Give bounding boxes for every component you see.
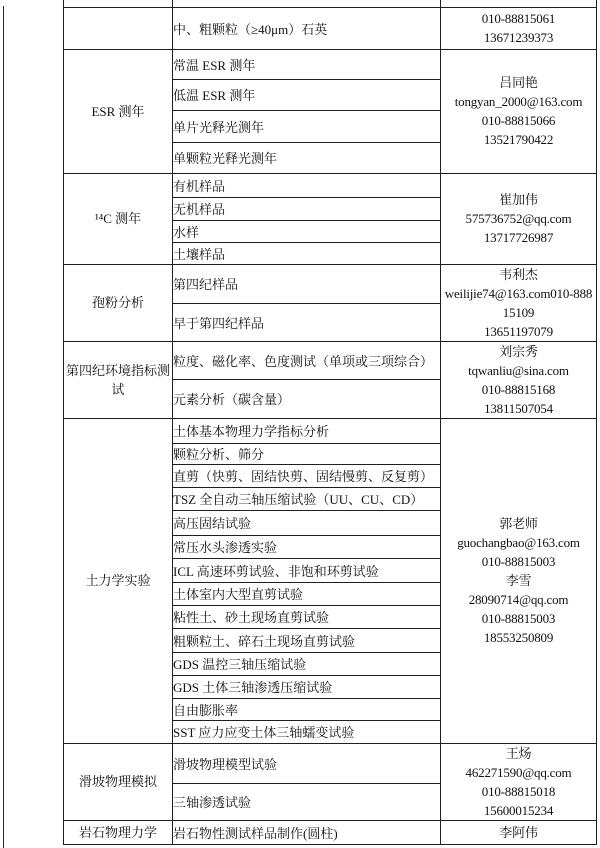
item-cell: 高压固结试验 bbox=[173, 510, 441, 535]
contact-cell: 李阿伟 bbox=[441, 820, 597, 844]
item-cell: 常温 ESR 测年 bbox=[173, 49, 441, 79]
contact-name: 郭老师 bbox=[441, 514, 596, 533]
item-cell: 中、粗颗粒（≥40μm）石英 bbox=[173, 7, 441, 49]
contact-name: 李阿伟 bbox=[441, 823, 596, 842]
item-cell-stub bbox=[173, 0, 441, 7]
contact-phone: 010-88815061 bbox=[441, 9, 596, 28]
contact-name: 崔加伟 bbox=[441, 190, 596, 209]
contact-phone: 010-88815018 bbox=[441, 782, 596, 801]
category-cell: 孢粉分析 bbox=[64, 264, 173, 341]
category-cell: 第四纪环境指标测试 bbox=[64, 341, 173, 418]
contact-phone: 13521790422 bbox=[441, 130, 596, 149]
contact-name: 韦利杰 bbox=[441, 265, 596, 284]
contact-email: 28090714@qq.com bbox=[441, 590, 596, 609]
contact-phone: 18553250809 bbox=[441, 628, 596, 647]
item-cell: 粘性土、砂土现场直剪试验 bbox=[173, 605, 441, 628]
item-cell: 元素分析（碳含量） bbox=[173, 379, 441, 418]
category-cell: 滑坡物理模拟 bbox=[64, 743, 173, 820]
category-cell: 岩石物理力学 bbox=[64, 820, 173, 844]
table-row: 中、粗颗粒（≥40μm）石英 010-88815061 13671239373 bbox=[64, 7, 597, 49]
contact-name: 李雪 bbox=[441, 571, 596, 590]
contact-cell-stub bbox=[441, 0, 597, 7]
category-cell: ESR 测年 bbox=[64, 49, 173, 173]
item-cell: 三轴渗透试验 bbox=[173, 784, 441, 820]
contact-phone: 15109 bbox=[441, 303, 596, 322]
category-cell: 土力学实验 bbox=[64, 418, 173, 743]
contact-email: weilijie74@163.com010-888 bbox=[441, 284, 596, 303]
table-row: 土力学实验 土体基本物理力学指标分析 郭老师 guochangbao@163.c… bbox=[64, 418, 597, 443]
item-cell: 土体室内大型直剪试验 bbox=[173, 582, 441, 605]
item-cell: GDS 土体三轴渗透压缩试验 bbox=[173, 675, 441, 698]
item-cell: SST 应力应变土体三轴蠕变试验 bbox=[173, 720, 441, 743]
table-row: 第四纪环境指标测试 粒度、磁化率、色度测试（单项或三项综合） 刘宗秀 tqwan… bbox=[64, 341, 597, 379]
item-cell: TSZ 全自动三轴压缩试验（UU、CU、CD） bbox=[173, 487, 441, 510]
contact-phone: 13671239373 bbox=[441, 28, 596, 47]
item-cell: ICL 高速环剪试验、非饱和环剪试验 bbox=[173, 558, 441, 582]
services-table: 中、粗颗粒（≥40μm）石英 010-88815061 13671239373 … bbox=[63, 0, 597, 845]
table-row: 孢粉分析 第四纪样品 韦利杰 weilijie74@163.com010-888… bbox=[64, 264, 597, 303]
contact-cell: 郭老师 guochangbao@163.com 010-88815003 李雪 … bbox=[441, 418, 597, 743]
contact-email: 575736752@qq.com bbox=[441, 209, 596, 228]
item-cell: 粗颗粒土、碎石土现场直剪试验 bbox=[173, 628, 441, 652]
contact-name: 王炀 bbox=[441, 744, 596, 763]
item-cell: 颗粒分析、筛分 bbox=[173, 443, 441, 464]
table-row: 滑坡物理模拟 滑坡物理模型试验 王炀 462271590@qq.com 010-… bbox=[64, 743, 597, 784]
table-row: ESR 测年 常温 ESR 测年 吕同艳 tongyan_2000@163.co… bbox=[64, 49, 597, 79]
item-cell: 直剪（快剪、固结快剪、固结慢剪、反复剪） bbox=[173, 464, 441, 487]
contact-email: tqwanliu@sina.com bbox=[441, 361, 596, 380]
page-left-border bbox=[3, 6, 4, 848]
table-row: 岩石物理力学 岩石物性测试样品制作(圆柱) 李阿伟 bbox=[64, 820, 597, 844]
document-page: { "page": { "language": "zh-CN", "kind":… bbox=[0, 0, 600, 848]
item-cell: 低温 ESR 测年 bbox=[173, 79, 441, 110]
contact-email: 462271590@qq.com bbox=[441, 763, 596, 782]
category-cell: ¹⁴C 测年 bbox=[64, 173, 173, 264]
contact-cell: 王炀 462271590@qq.com 010-88815018 1560001… bbox=[441, 743, 597, 820]
contact-name: 刘宗秀 bbox=[441, 342, 596, 361]
item-cell: 自由膨胀率 bbox=[173, 698, 441, 720]
contact-phone: 15600015234 bbox=[441, 801, 596, 820]
contact-email: tongyan_2000@163.com bbox=[441, 92, 596, 111]
item-cell: 常压水头渗透实验 bbox=[173, 535, 441, 558]
item-cell: 土壤样品 bbox=[173, 242, 441, 264]
category-cell-stub bbox=[64, 0, 173, 7]
item-cell: 第四纪样品 bbox=[173, 264, 441, 303]
contact-cell: 崔加伟 575736752@qq.com 13717726987 bbox=[441, 173, 597, 264]
item-cell: 单颗粒光释光测年 bbox=[173, 142, 441, 173]
item-cell: 岩石物性测试样品制作(圆柱) bbox=[173, 820, 441, 844]
contact-phone: 010-88815168 bbox=[441, 380, 596, 399]
category-cell bbox=[64, 7, 173, 49]
item-cell: 有机样品 bbox=[173, 173, 441, 197]
contact-phone: 13811507054 bbox=[441, 399, 596, 418]
contact-email: guochangbao@163.com bbox=[441, 533, 596, 552]
contact-phone: 010-88815003 bbox=[441, 609, 596, 628]
item-cell: 单片光释光测年 bbox=[173, 110, 441, 142]
item-cell: 无机样品 bbox=[173, 197, 441, 220]
item-cell: 水样 bbox=[173, 220, 441, 242]
contact-phone: 13717726987 bbox=[441, 228, 596, 247]
item-cell: 滑坡物理模型试验 bbox=[173, 743, 441, 784]
contact-cell: 刘宗秀 tqwanliu@sina.com 010-88815168 13811… bbox=[441, 341, 597, 418]
item-cell: GDS 温控三轴压缩试验 bbox=[173, 652, 441, 675]
item-cell: 早于第四纪样品 bbox=[173, 303, 441, 341]
item-cell: 土体基本物理力学指标分析 bbox=[173, 418, 441, 443]
table-row-stub bbox=[64, 0, 597, 7]
contact-cell: 吕同艳 tongyan_2000@163.com 010-88815066 13… bbox=[441, 49, 597, 173]
contact-phone: 13651197079 bbox=[441, 322, 596, 341]
contact-cell: 010-88815061 13671239373 bbox=[441, 7, 597, 49]
contact-phone: 010-88815066 bbox=[441, 111, 596, 130]
contact-cell: 韦利杰 weilijie74@163.com010-888 15109 1365… bbox=[441, 264, 597, 341]
contact-name: 吕同艳 bbox=[441, 73, 596, 92]
contact-phone: 010-88815003 bbox=[441, 552, 596, 571]
item-cell: 粒度、磁化率、色度测试（单项或三项综合） bbox=[173, 341, 441, 379]
table-row: ¹⁴C 测年 有机样品 崔加伟 575736752@qq.com 1371772… bbox=[64, 173, 597, 197]
